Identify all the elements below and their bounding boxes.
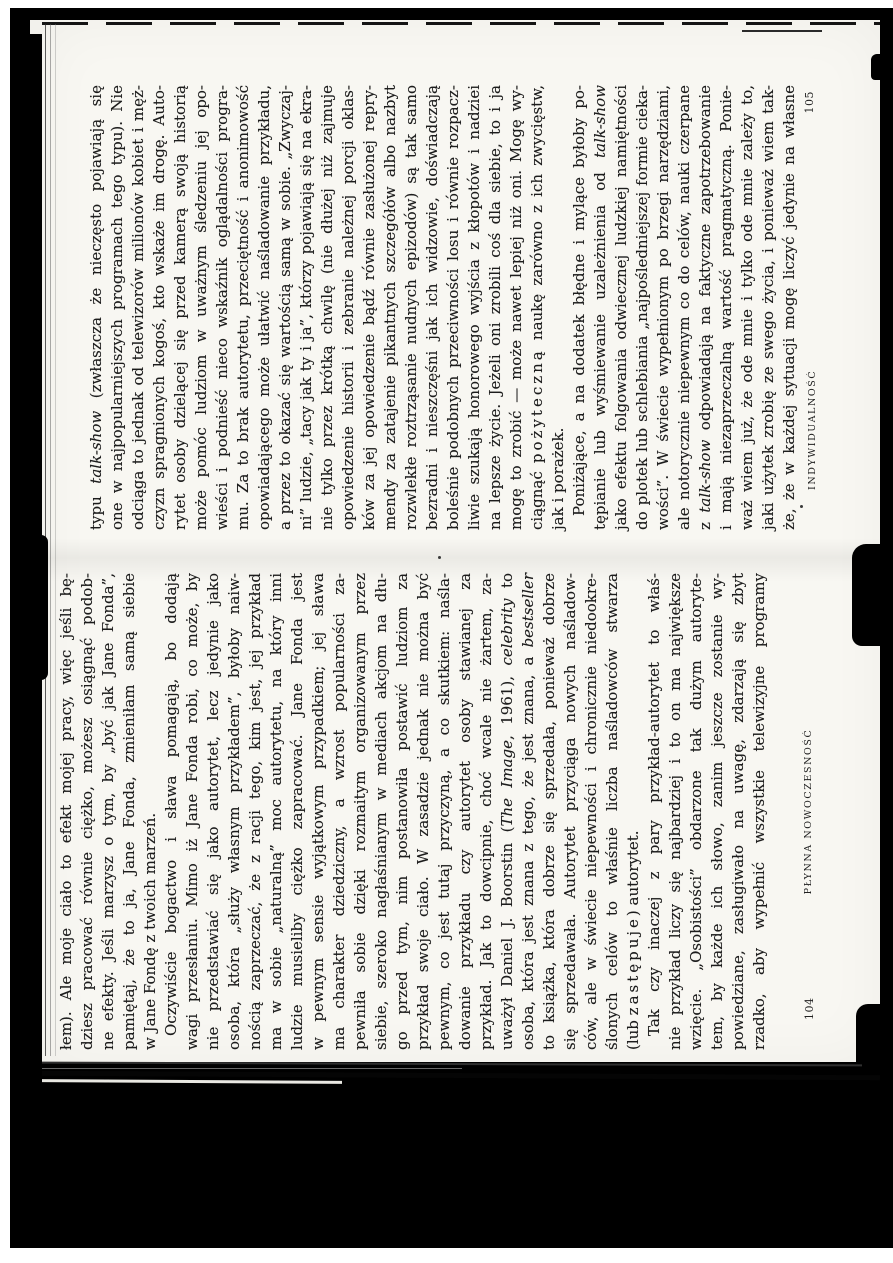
text-line: boleśnie podobnych przeciwności losu i r… bbox=[443, 85, 464, 530]
bottom-page-edges bbox=[42, 1068, 462, 1069]
text-line: że, że w każdej sytuacji mogę liczyć jed… bbox=[779, 85, 800, 530]
text-line: się sprzedawała. Autorytet przyciąga now… bbox=[560, 573, 581, 1050]
text-line: nością zaprzeczać, że z racji tego, kim … bbox=[245, 573, 266, 1050]
text-line: czyzn spragnionych kogoś, kto wskaże im … bbox=[149, 85, 170, 530]
text-line: jak i porażek. bbox=[548, 85, 569, 530]
text-line: mu. Za to brak autorytetu, przeciętność … bbox=[233, 85, 254, 530]
text-line: i mają niezaprzeczalną wartość pragmatyc… bbox=[716, 85, 737, 530]
page-104: łem). Ale moje ciało to efekt mojej prac… bbox=[56, 573, 841, 1050]
text-line: rytet osoby dzielącej się przed kamerą s… bbox=[170, 85, 191, 530]
scanned-book-photo: typu talk-show (zwłaszcza że nieczęsto p… bbox=[0, 0, 893, 1263]
text-line: z talk-show odpowiadają na faktyczne zap… bbox=[695, 85, 716, 530]
text-line: do plotek lub schlebiania „najpośledniej… bbox=[632, 85, 653, 530]
right-edge-blob bbox=[856, 1004, 882, 1064]
page-105-rotated-text: typu talk-show (zwłaszcza że nieczęsto p… bbox=[86, 85, 819, 530]
text-line: Oczywiście bogactwo i sława pomagają, bo… bbox=[161, 573, 182, 1050]
page-104-lines: łem). Ale moje ciało to efekt mojej prac… bbox=[56, 573, 770, 1050]
text-line: (lub zastępuje) autorytet. bbox=[623, 573, 644, 1050]
text-line: jaki użytek zrobię ze swego życia, i pon… bbox=[758, 85, 779, 530]
text-line: pamiętaj, że to ja, Jane Fonda, zmieniła… bbox=[119, 573, 140, 1050]
text-line: pewniła sobie dzięki rozmaitym organizow… bbox=[350, 573, 371, 1050]
text-line: wagi przesłaniu. Mimo iż Jane Fonda robi… bbox=[182, 573, 203, 1050]
text-line: waż wiem już, że ode mnie i tylko ode mn… bbox=[737, 85, 758, 530]
text-line: ni” ludzie, „tacy jak ty i ja”, którzy p… bbox=[296, 85, 317, 530]
text-line: ciągnąć pożyteczną naukę zarówno z ich z… bbox=[527, 85, 548, 530]
text-line: ma charakter dziedziczny, a wzrost popul… bbox=[329, 573, 350, 1050]
text-line: odciąga to jednak od telewizorów milionó… bbox=[128, 85, 149, 530]
page-105: typu talk-show (zwłaszcza że nieczęsto p… bbox=[86, 85, 831, 530]
text-line: osoba, która „służy własnym przykładem”,… bbox=[224, 573, 245, 1050]
text-line: ślonych celów to właśnie liczba naśladow… bbox=[602, 573, 623, 1050]
text-line: Tak czy inaczej z pary przykład-autoryte… bbox=[644, 573, 665, 1050]
text-line: siebie, szeroko nagłaśnianym w mediach a… bbox=[371, 573, 392, 1050]
text-line: tępianie lub wyśmiewanie uzależnienia od… bbox=[590, 85, 611, 530]
text-line: ma w sobie „naturalną” moc autorytetu, n… bbox=[266, 573, 287, 1050]
text-line: na lepsze życie. Jeżeli oni zrobili coś … bbox=[485, 85, 506, 530]
text-line: przykład. Jak to dowcipnie, choć wcale n… bbox=[476, 573, 497, 1050]
page-number-104: 104 bbox=[803, 998, 816, 1021]
text-line: ale notorycznie niepewnym co do celów, n… bbox=[674, 85, 695, 530]
footer-book-title: PŁYNNA NOWOCZESNOŚĆ bbox=[802, 729, 816, 895]
text-line: wieści i podnieść nieco wskaźnik oglądal… bbox=[212, 85, 233, 530]
text-line: opowiedzenie historii i zebranie należne… bbox=[338, 85, 359, 530]
text-line: one w najpopularniejszych programach teg… bbox=[107, 85, 128, 530]
text-line: ludzie musieliby ciężko zapracować. Jane… bbox=[287, 573, 308, 1050]
top-page-edge-line-2 bbox=[742, 30, 822, 32]
running-footer-105: INDYWIDUALNOŚĆ 105 bbox=[803, 85, 819, 530]
text-line: jako efektu folgowania odwiecznej ludzki… bbox=[611, 85, 632, 530]
page-corner-sliver bbox=[30, 20, 42, 34]
text-line: mendy za zatajenie pikantnych szczegółów… bbox=[380, 85, 401, 530]
text-line: to książka, która dobrze się sprzedała, … bbox=[539, 573, 560, 1050]
right-edge-gutter-notch bbox=[852, 544, 882, 646]
text-line: Poniżające, a na dodatek błędne i mylące… bbox=[569, 85, 590, 530]
text-line: pewnym, co jest tutaj przyczyną, a co sk… bbox=[434, 573, 455, 1050]
text-line: wzięcie. „Osobistości” obdarzone tak duż… bbox=[686, 573, 707, 1050]
text-line: może pomóc ludziom w uważnym śledzeniu j… bbox=[191, 85, 212, 530]
text-line: tem, by każde ich słowo, zanim jeszcze z… bbox=[707, 573, 728, 1050]
right-edge-nick bbox=[871, 54, 882, 80]
text-line: w pewnym sensie wyjątkowym przypadkiem; … bbox=[308, 573, 329, 1050]
running-footer-104: 104 PŁYNNA NOWOCZESNOŚĆ bbox=[801, 573, 817, 1050]
page-104-rotated-text: łem). Ale moje ciało to efekt mojej prac… bbox=[56, 573, 817, 1050]
text-line: dziesz pracować równie ciężko, możesz os… bbox=[77, 573, 98, 1050]
text-line: opowiadającego może ułatwić naśladowanie… bbox=[254, 85, 275, 530]
text-line: nie tylko przez krótką chwilę (nie dłuże… bbox=[317, 85, 338, 530]
text-line: w Jane Fondę z twoich marzeń. bbox=[140, 573, 161, 1050]
text-line: powiedziane, zasługiwało na uwagę, zdarz… bbox=[728, 573, 749, 1050]
text-line: ne efekty. Jeśli marzysz o tym, by „być … bbox=[98, 573, 119, 1050]
top-page-edge-line bbox=[42, 22, 880, 25]
bottom-page-edges bbox=[42, 1084, 885, 1092]
page-105-lines: typu talk-show (zwłaszcza że nieczęsto p… bbox=[86, 85, 800, 530]
text-line: bezradni i nieszczęśni jak ich widzowie,… bbox=[422, 85, 443, 530]
text-line: przykład swoje ciało. W zasadzie jednak … bbox=[413, 573, 434, 1050]
page-number-105: 105 bbox=[803, 91, 817, 114]
text-line: dowanie przykładu czy autorytet osoby st… bbox=[455, 573, 476, 1050]
text-line: mogę to zrobić — może nawet lepiej niż o… bbox=[506, 85, 527, 530]
text-line: uważył Daniel J. Boorstin (The Image, 19… bbox=[497, 573, 518, 1050]
text-line: nie przedstawiać się jako autorytet, lec… bbox=[203, 573, 224, 1050]
text-line: łem). Ale moje ciało to efekt mojej prac… bbox=[56, 573, 77, 1050]
text-line: liwie szukają honorowego wyjścia z kłopo… bbox=[464, 85, 485, 530]
text-line: a przez to okazać się wartością samą w s… bbox=[275, 85, 296, 530]
ink-speck bbox=[438, 556, 441, 559]
text-line: nie przykład liczy się najbardziej i to … bbox=[665, 573, 686, 1050]
text-line: rozwlekłe roztrząsanie nudnych epizodów)… bbox=[401, 85, 422, 530]
text-line: rzadko, aby wypełnić wszystkie telewizyj… bbox=[749, 573, 770, 1050]
text-line: go przed tym, nim postanowiła postawić l… bbox=[392, 573, 413, 1050]
text-line: ków za jej opowiedzenie bądź równie zasł… bbox=[359, 85, 380, 530]
text-line: osoba, która jest znana z tego, że jest … bbox=[518, 573, 539, 1050]
footer-chapter-title: INDYWIDUALNOŚĆ bbox=[807, 370, 818, 490]
text-line: typu talk-show (zwłaszcza że nieczęsto p… bbox=[86, 85, 107, 530]
text-line: ców, ale w świecie niepewności i chronic… bbox=[581, 573, 602, 1050]
text-line: wości”. W świecie wypełnionym po brzegi … bbox=[653, 85, 674, 530]
